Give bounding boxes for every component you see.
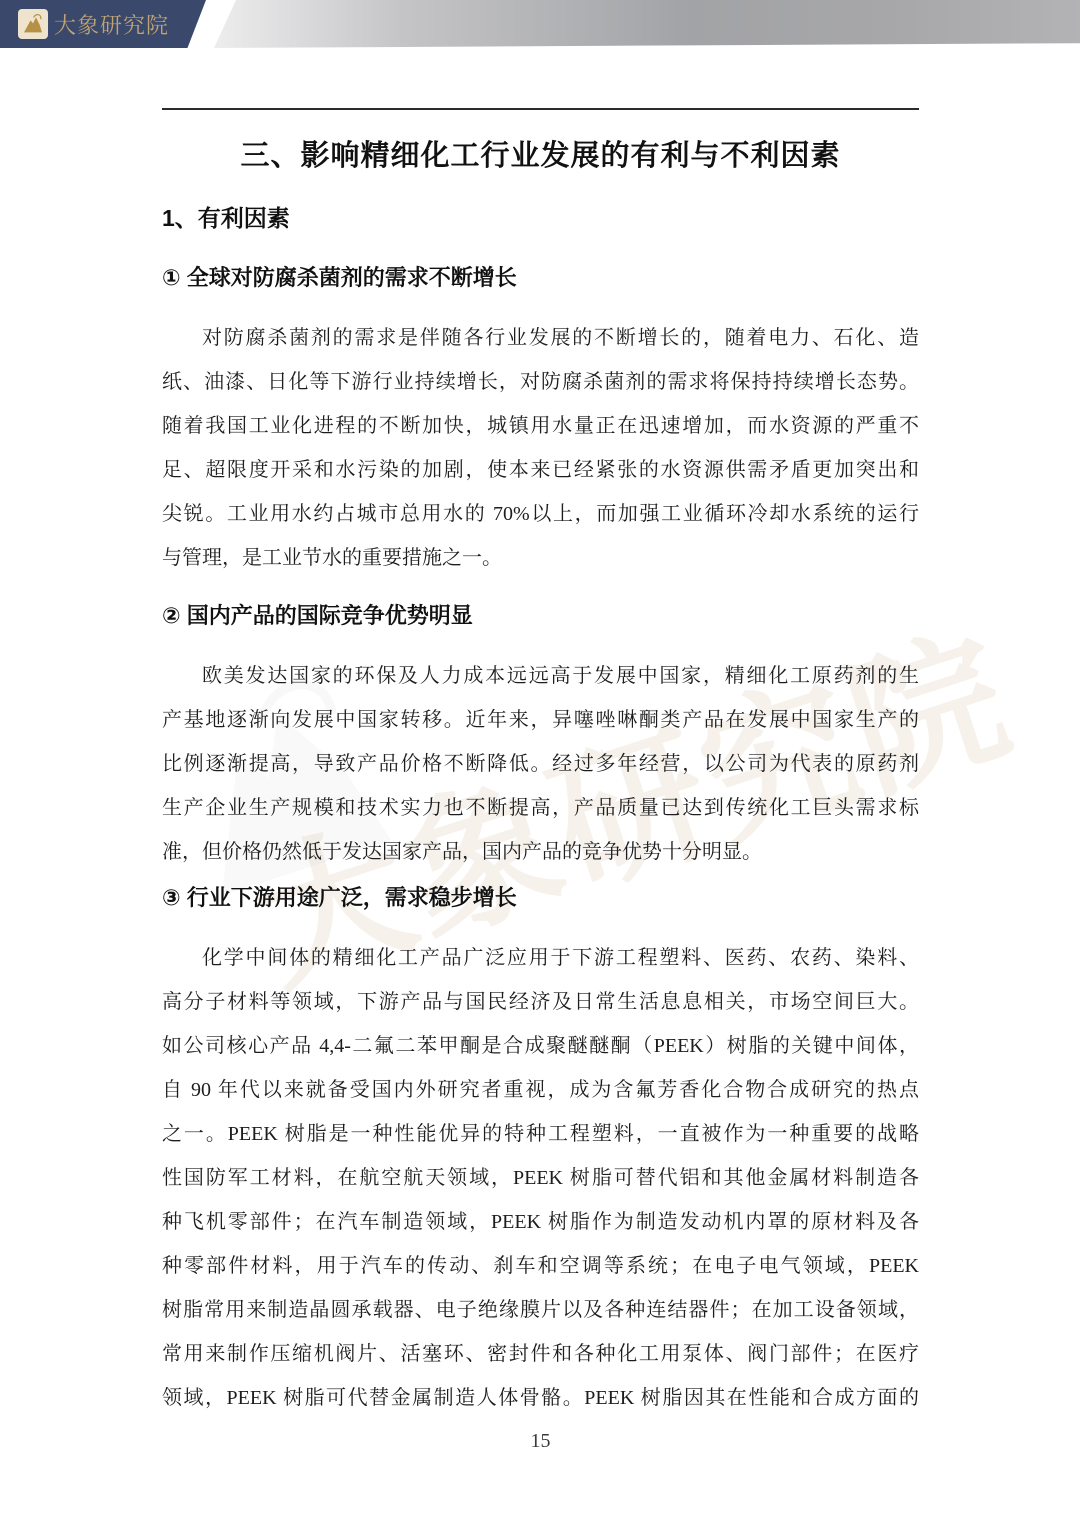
text-line: 自 90 年代以来就备受国内外研究者重视，成为含氟芳香化合物合成研究的热点 [162,1068,919,1112]
subsection-heading-2: ② 国内产品的国际竞争优势明显 [162,600,919,632]
section-heading: 1、有利因素 [162,202,919,234]
document-content: 三、影响精细化工行业发展的有利与不利因素 1、有利因素 ① 全球对防腐杀菌剂的需… [162,108,919,1453]
subsection-heading-1: ① 全球对防腐杀菌剂的需求不断增长 [162,262,919,294]
text-line: 种飞机零部件；在汽车制造领域，PEEK 树脂作为制造发动机内罩的原材料及各 [162,1200,919,1244]
text-line: 与管理，是工业节水的重要措施之一。 [162,536,919,580]
paragraph-2: 欧美发达国家的环保及人力成本远远高于发展中国家，精细化工原药剂的生产基地逐渐向发… [162,654,919,874]
text-line: 树脂常用来制造晶圆承载器、电子绝缘膜片以及各种连结器件；在加工设备领域， [162,1288,919,1332]
text-line: 比例逐渐提高，导致产品价格不断降低。经过多年经营，以公司为代表的原药剂 [162,742,919,786]
page-number: 15 [162,1430,919,1453]
text-line: 常用来制作压缩机阀片、活塞环、密封件和各种化工用泵体、阀门部件；在医疗 [162,1332,919,1376]
text-line: 产基地逐渐向发展中国家转移。近年来，异噻唑啉酮类产品在发展中国家生产的 [162,698,919,742]
text-line: 领域，PEEK 树脂可代替金属制造人体骨骼。PEEK 树脂因其在性能和合成方面的 [162,1376,919,1420]
text-line: 欧美发达国家的环保及人力成本远远高于发展中国家，精细化工原药剂的生 [162,654,919,698]
text-line: 之一。PEEK 树脂是一种性能优异的特种工程塑料，一直被作为一种重要的战略 [162,1112,919,1156]
title-divider [162,108,919,110]
text-line: 生产企业生产规模和技术实力也不断提高，产品质量已达到传统化工巨头需求标 [162,786,919,830]
text-line: 高分子材料等领域，下游产品与国民经济及日常生活息息相关，市场空间巨大。 [162,980,919,1024]
paragraph-3: 化学中间体的精细化工产品广泛应用于下游工程塑料、医药、农药、染料、高分子材料等领… [162,936,919,1420]
subsection-heading-3: ③ 行业下游用途广泛，需求稳步增长 [162,882,919,914]
text-line: 对防腐杀菌剂的需求是伴随各行业发展的不断增长的，随着电力、石化、造 [162,316,919,360]
brand-banner: 大象研究院 [0,0,206,48]
paragraph-1: 对防腐杀菌剂的需求是伴随各行业发展的不断增长的，随着电力、石化、造纸、油漆、日化… [162,316,919,580]
text-line: 纸、油漆、日化等下游行业持续增长，对防腐杀菌剂的需求将保持持续增长态势。 [162,360,919,404]
text-line: 化学中间体的精细化工产品广泛应用于下游工程塑料、医药、农药、染料、 [162,936,919,980]
text-line: 随着我国工业化进程的不断加快，城镇用水量正在迅速增加，而水资源的严重不 [162,404,919,448]
brand-name: 大象研究院 [54,9,169,40]
header-gray-banner [214,0,1080,48]
elephant-icon [18,9,48,39]
page-header: 大象研究院 [0,0,1080,48]
page-title: 三、影响精细化工行业发展的有利与不利因素 [162,136,919,176]
text-line: 足、超限度开采和水污染的加剧，使本来已经紧张的水资源供需矛盾更加突出和 [162,448,919,492]
document-page: 大象研究院 大象研究院 三、影响精细化工行业发展的有利与不利因素 1、有利因素 … [0,0,1080,1527]
text-line: 如公司核心产品 4,4-二氟二苯甲酮是合成聚醚醚酮（PEEK）树脂的关键中间体， [162,1024,919,1068]
text-line: 性国防军工材料，在航空航天领域，PEEK 树脂可替代铝和其他金属材料制造各 [162,1156,919,1200]
text-line: 准，但价格仍然低于发达国家产品，国内产品的竞争优势十分明显。 [162,830,919,874]
text-line: 种零部件材料，用于汽车的传动、刹车和空调等系统；在电子电气领域，PEEK [162,1244,919,1288]
text-line: 尖锐。工业用水约占城市总用水的 70%以上，而加强工业循环冷却水系统的运行 [162,492,919,536]
